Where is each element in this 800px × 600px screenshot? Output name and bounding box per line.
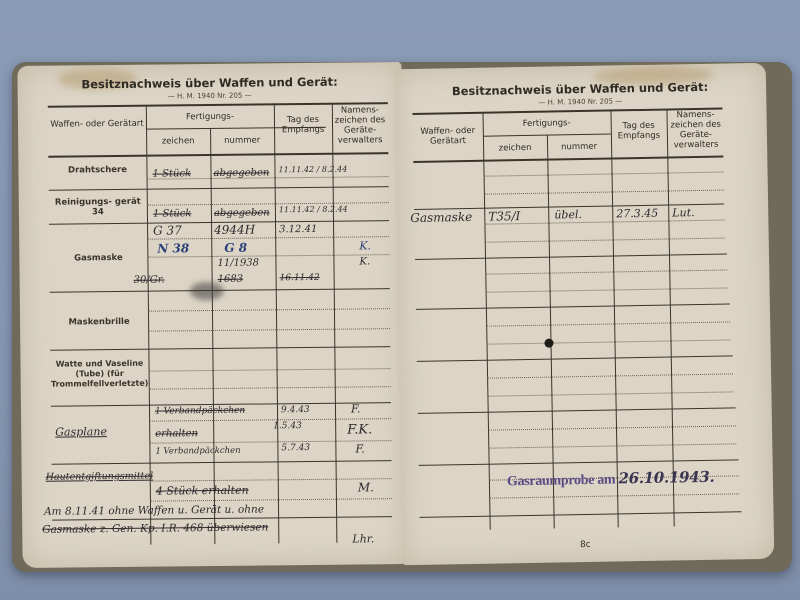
signature: Lhr. [352,532,374,545]
entry-gasmaske-3-nummer: 11/1938 [217,258,259,269]
entry-gasmaske-1-tag: 3.12.41 [279,224,317,235]
header-tag-des-empfangs: Tag des Empfangs [274,115,332,136]
entry-gasmaske-2-nummer: G 8 [224,241,247,255]
page-subtitle: — H. M. 1940 Nr. 205 — [18,90,402,102]
row-label-hautentgiftungsmittel: Hautentgiftungsmittel [46,471,146,484]
header-fertigungs: Fertigungs- [483,118,611,130]
row-label-reinigungsgeraet: Reinigungs- gerät 34 [49,197,147,218]
equipment-table: Waffen- oder Gerätart Fertigungs- zeiche… [412,107,743,531]
stamp-label: Gasraumprobe am [507,472,616,489]
header-zeichen: zeichen [483,143,547,154]
header-zeichen: zeichen [146,136,210,147]
entry-gasplane-1-tag: 9.4.43 [281,405,310,415]
row-label-maskenbrille: Maskenbrille [50,317,148,328]
entry-reinigung-nummer: abgegeben [214,207,270,219]
entry-drahtschere-tag: 11.11.42 / 8.2.44 [278,165,347,175]
entry-gasplane-2-zeichen: erhalten [155,428,198,439]
entry-gasmaske-2-namens: K. [359,239,371,252]
entry-gasmaske-3-namens: K. [359,256,370,267]
entry-gasplane-2-tag: 1.5.43 [273,421,302,431]
entry-tag: 27.3.45 [616,207,658,221]
entry-nummer: übel. [554,208,582,221]
entry-namens: Lut. [672,206,695,219]
header-geraetart: Waffen- oder Gerätart [48,119,146,130]
equipment-table: Waffen- oder Gerätart Fertigungs- zeiche… [48,102,393,546]
row-label-drahtschere: Drahtschere [48,165,146,176]
row-label-gasmaske: Gasmaske [49,253,147,264]
entry-gasmaske-4-tag: 16.11.42 [280,273,320,283]
entry-hautentgiftung-namens: M. [358,480,374,494]
header-nummer: nummer [210,135,274,146]
entry-gasplane-2-namens: F.K. [347,422,372,437]
left-page: Besitznachweis über Waffen und Gerät: — … [17,62,406,568]
handwritten-note-2: Gasmaske z. Gen. Kp. I.R. 468 überwiesen [42,521,268,535]
entry-gasplane-1-namens: F. [351,402,361,415]
page-number: 8c [580,540,591,550]
page-title: Besitznachweis über Waffen und Gerät: [18,74,402,92]
gasraumprobe-stamp: Gasraumprobe am 26.10.1943. [507,468,715,491]
header-geraetart: Waffen- oder Gerätart [413,126,483,147]
header-nummer: nummer [547,142,611,153]
entry-gasplane-3-namens: F. [355,442,365,455]
entry-zeichen: T35/I [488,209,520,224]
entry-geraet: Gasmaske [410,210,472,225]
header-namenszeichen: Namens- zeichen des Geräte- verwalters [666,110,725,151]
entry-gasmaske-4-zeichen: 30/Gr. [134,274,165,285]
entry-hautentgiftung-zeichen: 4 Stück erhalten [156,484,249,498]
stamp-date: 26.10.1943. [618,468,714,488]
entry-reinigung-zeichen: 1 Stück [153,208,192,219]
entry-gasmaske-4-nummer: 1683 [218,274,244,285]
right-page: Besitznachweis über Waffen und Gerät: — … [394,63,775,565]
entry-gasmaske-1-nummer: 4944H [214,223,255,237]
header-tag-des-empfangs: Tag des Empfangs [611,121,667,142]
entry-gasmaske-1-zeichen: G 37 [153,223,182,237]
row-label-gasplane: Gasplane [55,425,107,439]
entry-drahtschere-zeichen: 1 Stück [152,168,191,179]
entry-reinigung-tag: 11.11.42 / 8.2.44 [279,205,348,215]
entry-gasplane-3-tag: 5.7.43 [281,443,310,453]
entry-gasplane-3-zeichen: 1 Verbandpäckchen [155,446,240,457]
entry-drahtschere-nummer: abgegeben [213,167,269,179]
handwritten-note-1: Am 8.11.41 ohne Waffen u. Gerät u. ohne [44,503,264,517]
header-fertigungs: Fertigungs- [146,111,274,122]
entry-gasplane-1-zeichen: 1 Verbandpäckchen [155,406,245,417]
row-label-watte-vaseline: Watte und Vaseline (Tube) (für Trommelfe… [50,359,148,390]
entry-gasmaske-2-zeichen: N 38 [157,241,189,255]
punch-hole [544,339,553,348]
header-namenszeichen: Namens- zeichen des Geräte- verwalters [332,105,388,146]
